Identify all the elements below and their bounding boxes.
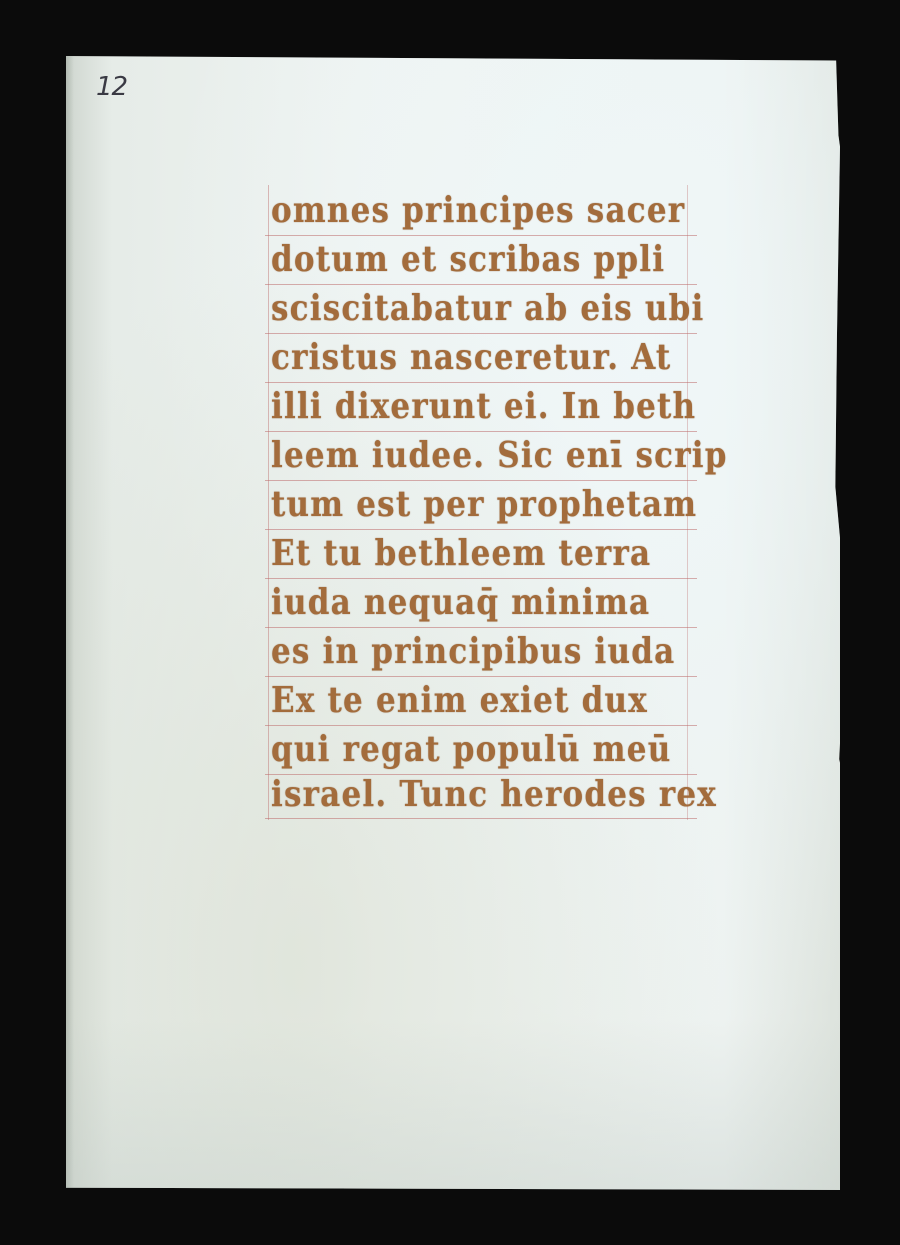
text-line-9: iuda nequaq̄ minima (271, 582, 650, 623)
folio-number: 12 (96, 72, 127, 102)
text-line-5: illi dixerunt ei. In beth (271, 386, 696, 427)
text-line-2: dotum et scribas ppli (271, 239, 665, 280)
text-line-8: Et tu bethleem terra (271, 533, 651, 574)
text-line-10: es in principibus iuda (271, 631, 675, 672)
ruling-line (265, 284, 697, 285)
ruling-line (265, 529, 697, 530)
ruling-line (265, 480, 697, 481)
text-line-11: Ex te enim exiet dux (271, 680, 648, 721)
text-line-1: omnes principes sacer (271, 190, 685, 231)
text-line-13: israel. Tunc herodes rex (271, 774, 717, 815)
text-line-3: sciscitabatur ab eis ubi (271, 288, 704, 329)
text-line-7: tum est per prophetam (271, 484, 697, 525)
ruling-line (265, 578, 697, 579)
ruling-line (265, 382, 697, 383)
text-block: omnes principes sacer dotum et scribas p… (268, 185, 688, 820)
ruling-line (265, 333, 697, 334)
ruling-line (265, 627, 697, 628)
text-line-12: qui regat populū meū (271, 729, 671, 770)
ruling-line (265, 818, 697, 819)
text-line-6: leem iudee. Sic enī scrip (271, 435, 728, 476)
text-line-4: cristus nasceretur. At (271, 337, 671, 378)
leaf-left-shadow (66, 56, 74, 1190)
ruling-line (265, 725, 697, 726)
ruling-line (265, 235, 697, 236)
ruling-line (265, 431, 697, 432)
ruling-line (265, 676, 697, 677)
